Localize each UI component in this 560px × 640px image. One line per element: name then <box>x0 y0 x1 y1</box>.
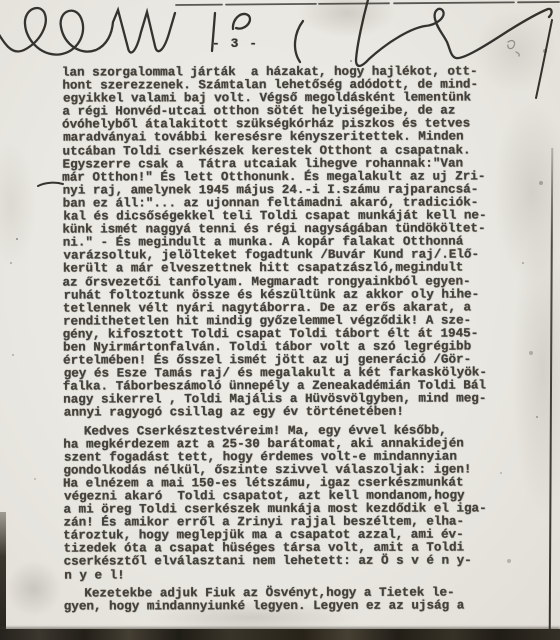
correction-dash <box>38 183 63 186</box>
text-line: annyi ragyogó csillag az egy év történet… <box>64 406 514 420</box>
text-line: ruhát foltoztunk össze és készültünk az … <box>63 288 513 302</box>
scanned-document-page: - 3 - lan szorgalommal járták a házakat,… <box>0 0 560 640</box>
large-scrawl <box>356 0 552 66</box>
pen-paren <box>295 21 303 62</box>
text-line: cserkésztől elválasztani nem lehetett: a… <box>64 555 514 569</box>
scan-edge-left <box>0 512 6 640</box>
text-line: Kedves Cserkésztestvéreim! Ma, egy évvel… <box>63 424 513 438</box>
text-line: szent fogadást tett, hogy érdemes volt-e… <box>64 450 514 464</box>
text-line: n y e l! <box>64 568 514 582</box>
paragraph: Kedves Cserkésztestvéreim! Ma, egy évvel… <box>63 424 513 582</box>
scan-edge-bottom <box>0 629 560 640</box>
text-line: falka. Táborbeszámoló ünnepély a Zeneaka… <box>63 380 513 394</box>
text-line: Kezetekbe adjuk Fiuk az Ösvényt,hogy a T… <box>63 586 513 600</box>
text-line: már Otthon!" És lett Otthonunk. És megal… <box>62 170 512 184</box>
cursive-loops <box>0 8 175 55</box>
text-line: gény, kifosztott Toldi csapat Toldi tábo… <box>63 327 513 341</box>
page-number: - 3 - <box>212 36 259 51</box>
text-line: künk ismét naggyá tenni és régi nagyságá… <box>62 223 512 237</box>
pencil-smudge <box>508 41 519 56</box>
paper-edge-right <box>549 148 554 630</box>
text-line: maradványai további keresésre kényszerit… <box>63 131 513 145</box>
text-line: végezni akaró Toldi csapatot, azt kell m… <box>64 489 514 503</box>
scan-specks <box>0 0 2 2</box>
text-line: varázsoltuk, jelölteket fogadtunk /Buvár… <box>63 249 513 263</box>
text-line: egyikkel valami baj volt. Végső megoldás… <box>63 92 513 106</box>
text-line: gyen, hogy mindannyiunké legyen. Legyen … <box>64 599 514 613</box>
paragraph: Kezetekbe adjuk Fiuk az Ösvényt,hogy a T… <box>64 586 514 613</box>
text-line: lan szorgalommal járták a házakat, hogy … <box>62 65 512 79</box>
top-scan-line <box>176 2 559 5</box>
pen-curl <box>233 14 250 29</box>
corner-stroke <box>536 20 552 98</box>
text-line: tároztuk, hogy meglepjük ma a csapatot a… <box>63 529 513 543</box>
typewritten-text-block: lan szorgalommal járták a házakat, hogy … <box>62 65 513 618</box>
paragraph: lan szorgalommal járták a házakat, hogy … <box>62 65 513 420</box>
